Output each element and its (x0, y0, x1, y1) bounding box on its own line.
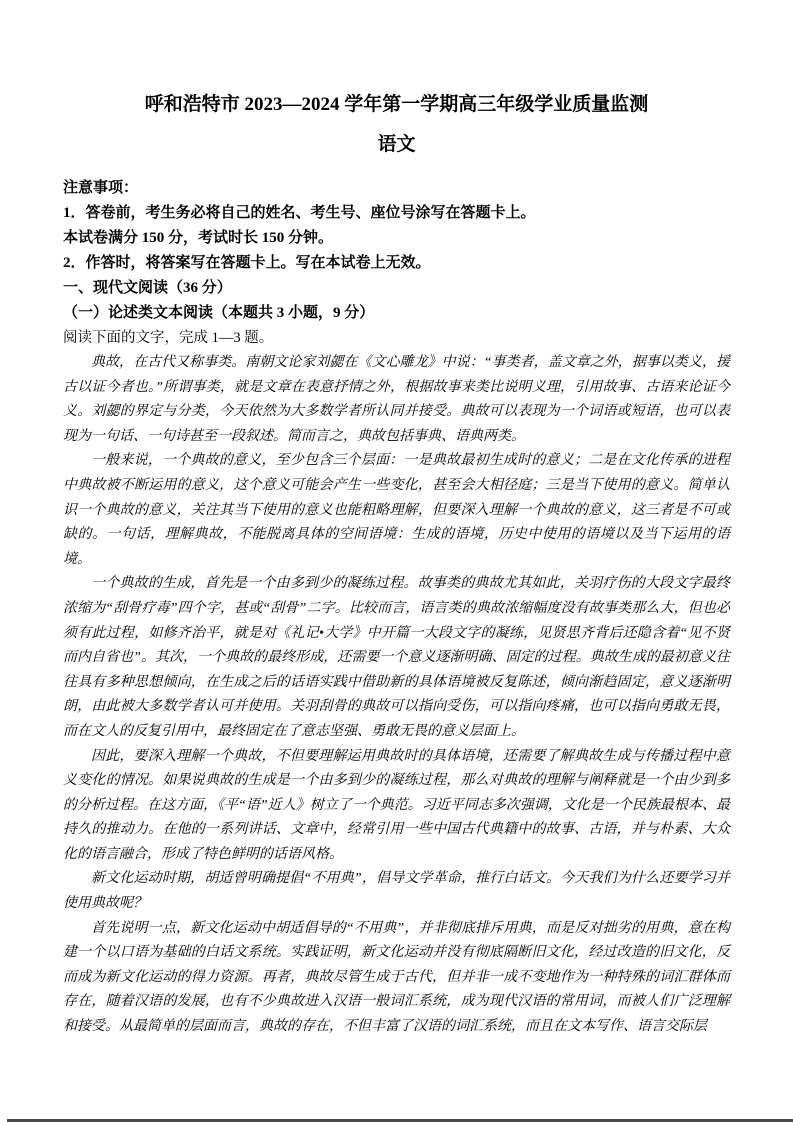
section-heading-part-one: 一、现代文阅读（36 分） (63, 276, 730, 301)
section-heading-subsection: （一）论述类文本阅读（本题共 3 小题，9 分） (63, 301, 730, 326)
notice-heading: 注意事项： (63, 176, 730, 201)
page-content: 呼和浩特市 2023—2024 学年第一学期高三年级学业质量监测 语文 注意事项… (63, 92, 730, 1040)
passage-paragraph-2: 一般来说，一个典故的意义，至少包含三个层面：一是典故最初生成时的意义；二是在文化… (63, 449, 730, 572)
notice-item-1: 1．答卷前，考生务必将自己的姓名、考生号、座位号涂写在答题卡上。 (63, 201, 730, 226)
passage-paragraph-5: 新文化运动时期，胡适曾明确提倡“不用典”，倡导文学革命，推行白话文。今天我们为什… (63, 867, 730, 916)
passage-paragraph-3: 一个典故的生成，首先是一个由多到少的凝练过程。故事类的典故尤其如此，关羽疗伤的大… (63, 572, 730, 744)
passage-paragraph-6: 首先说明一点，新文化运动中胡适倡导的“不用典”，并非彻底排斥用典，而是反对拙劣的… (63, 917, 730, 1040)
exam-paper-page: 呼和浩特市 2023—2024 学年第一学期高三年级学业质量监测 语文 注意事项… (0, 0, 793, 1122)
notice-section: 注意事项： 1．答卷前，考生务必将自己的姓名、考生号、座位号涂写在答题卡上。 本… (63, 176, 730, 276)
notice-item-3: 2．作答时，将答案写在答题卡上。写在本试卷上无效。 (63, 251, 730, 276)
subject-title: 语文 (63, 132, 730, 157)
notice-item-2: 本试卷满分 150 分，考试时长 150 分钟。 (63, 226, 730, 251)
document-title: 呼和浩特市 2023—2024 学年第一学期高三年级学业质量监测 (63, 92, 730, 117)
reading-passage: 典故，在古代又称事类。南朝文论家刘勰在《文心雕龙》中说：“事类者，盖文章之外，据… (63, 351, 730, 1040)
reading-instruction: 阅读下面的文字，完成 1—3 题。 (63, 326, 730, 351)
passage-paragraph-4: 因此，要深入理解一个典故，不但要理解运用典故时的具体语境，还需要了解典故生成与传… (63, 745, 730, 868)
passage-paragraph-1: 典故，在古代又称事类。南朝文论家刘勰在《文心雕龙》中说：“事类者，盖文章之外，据… (63, 351, 730, 449)
